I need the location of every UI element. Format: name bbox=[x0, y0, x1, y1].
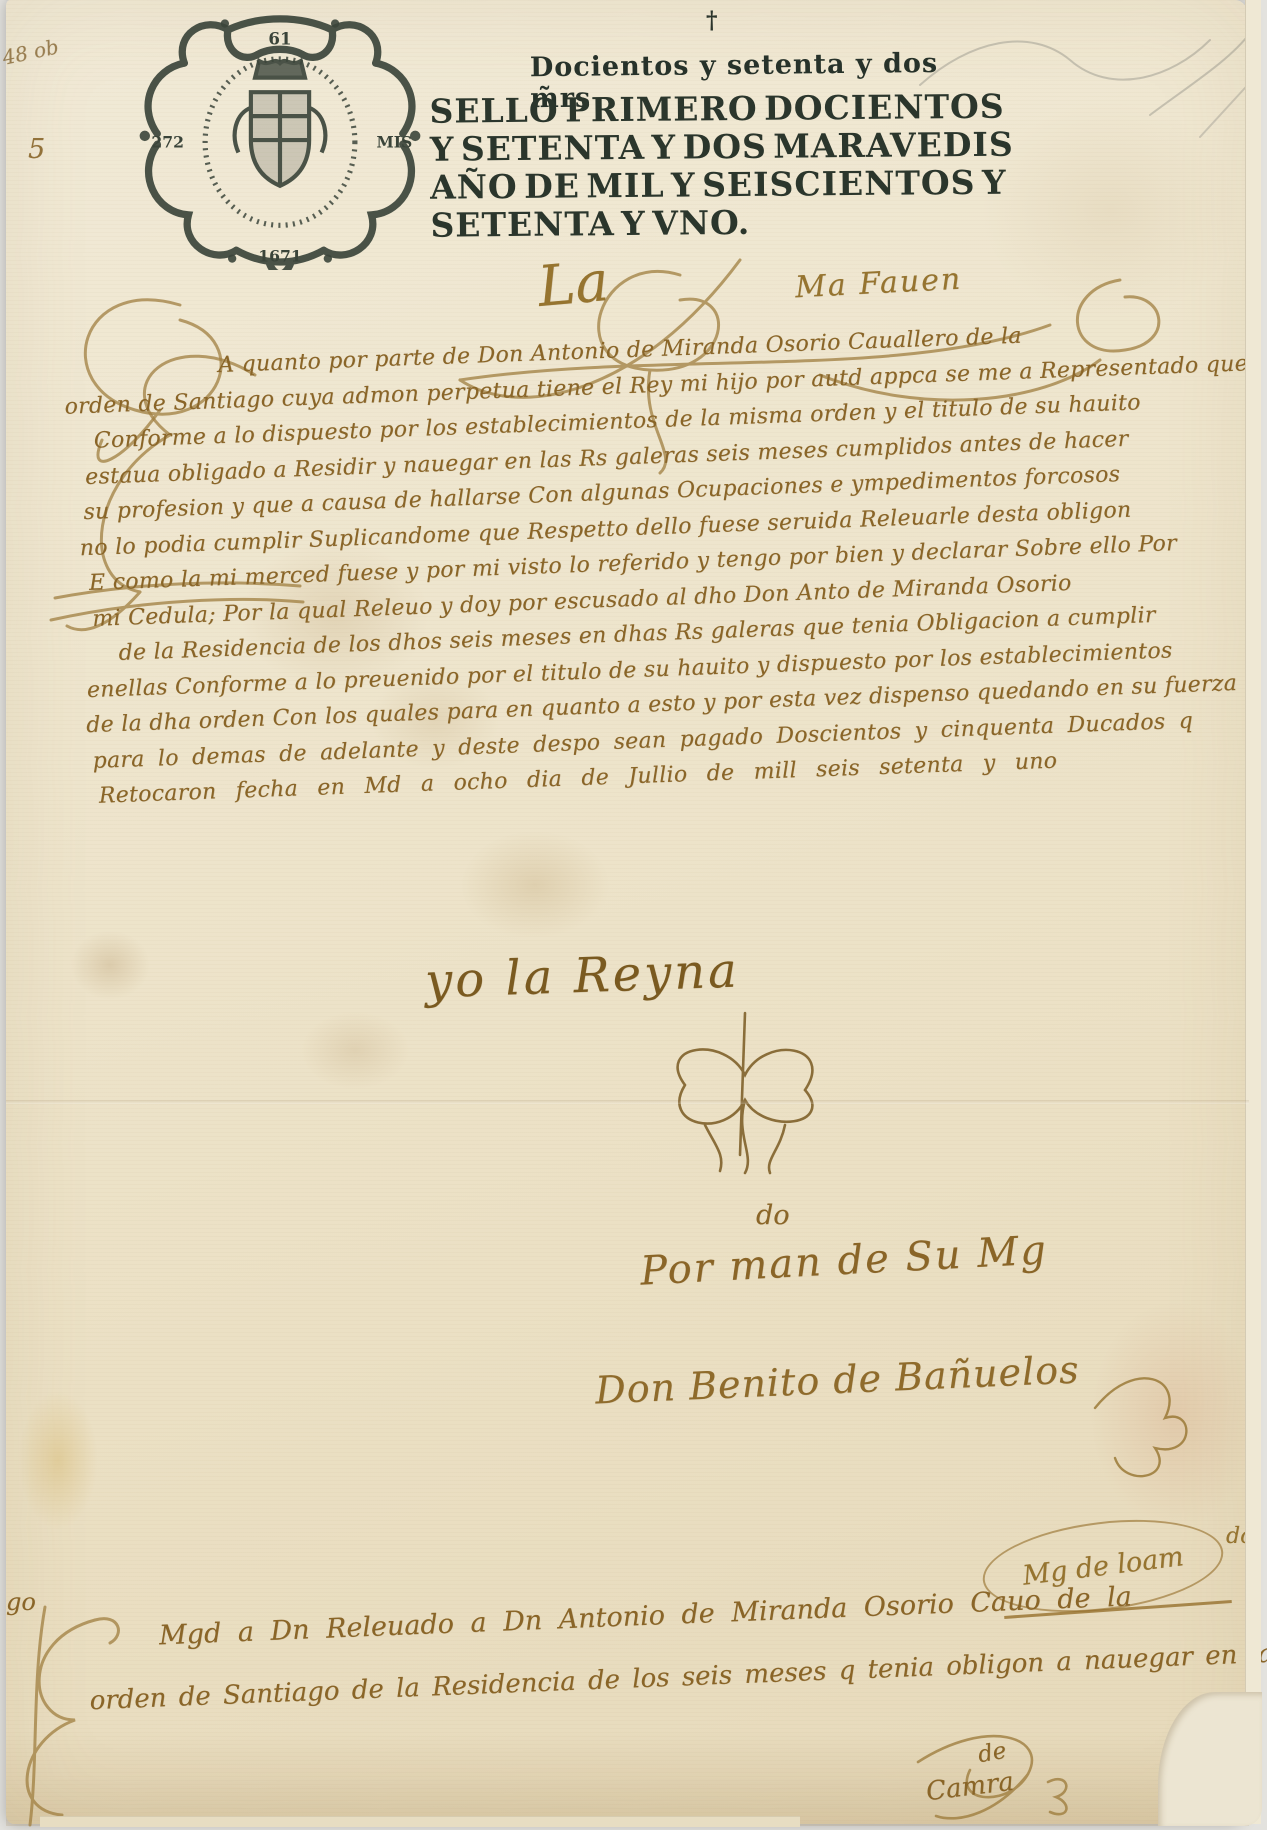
under-sheet-edge bbox=[1245, 0, 1261, 1824]
registration-mark: † bbox=[706, 7, 718, 36]
archive-margin-numeral: 5 bbox=[28, 134, 45, 165]
docket-margin-mark: go bbox=[6, 1588, 36, 1616]
seal-value-right: MIS bbox=[376, 132, 412, 151]
camara-mark-word: de bbox=[976, 1738, 1008, 1769]
seal-value-left: 272 bbox=[151, 132, 184, 151]
seal-top-number: 61 bbox=[268, 28, 291, 48]
fold-crease bbox=[6, 1100, 1249, 1104]
scanned-document-page: 61 272 MIS 1671 † Docientos y setenta y … bbox=[0, 0, 1267, 1830]
royal-signature: yo la Reyna bbox=[424, 943, 740, 1010]
manuscript-body: A quanto por parte de Don Antonio de Mir… bbox=[63, 315, 1129, 815]
stamp-title-line: SETENTA Y VNO. bbox=[430, 201, 1050, 244]
stamp-title-line: AÑO DE MIL Y SEISCIENTOS Y bbox=[430, 163, 1050, 206]
seal-year: 1671 bbox=[258, 247, 301, 266]
seal-coat-of-arms bbox=[235, 61, 326, 186]
under-sheet-edge bbox=[40, 1816, 800, 1827]
header-script-word: La bbox=[535, 249, 611, 320]
tax-stamp-seal: 61 272 MIS 1671 bbox=[124, 8, 436, 270]
countersign-superscript: do bbox=[756, 1200, 790, 1231]
printed-stamp-title: SELLO PRIMERO DOCIENTOS Y SETENTA Y DOS … bbox=[429, 87, 1050, 244]
